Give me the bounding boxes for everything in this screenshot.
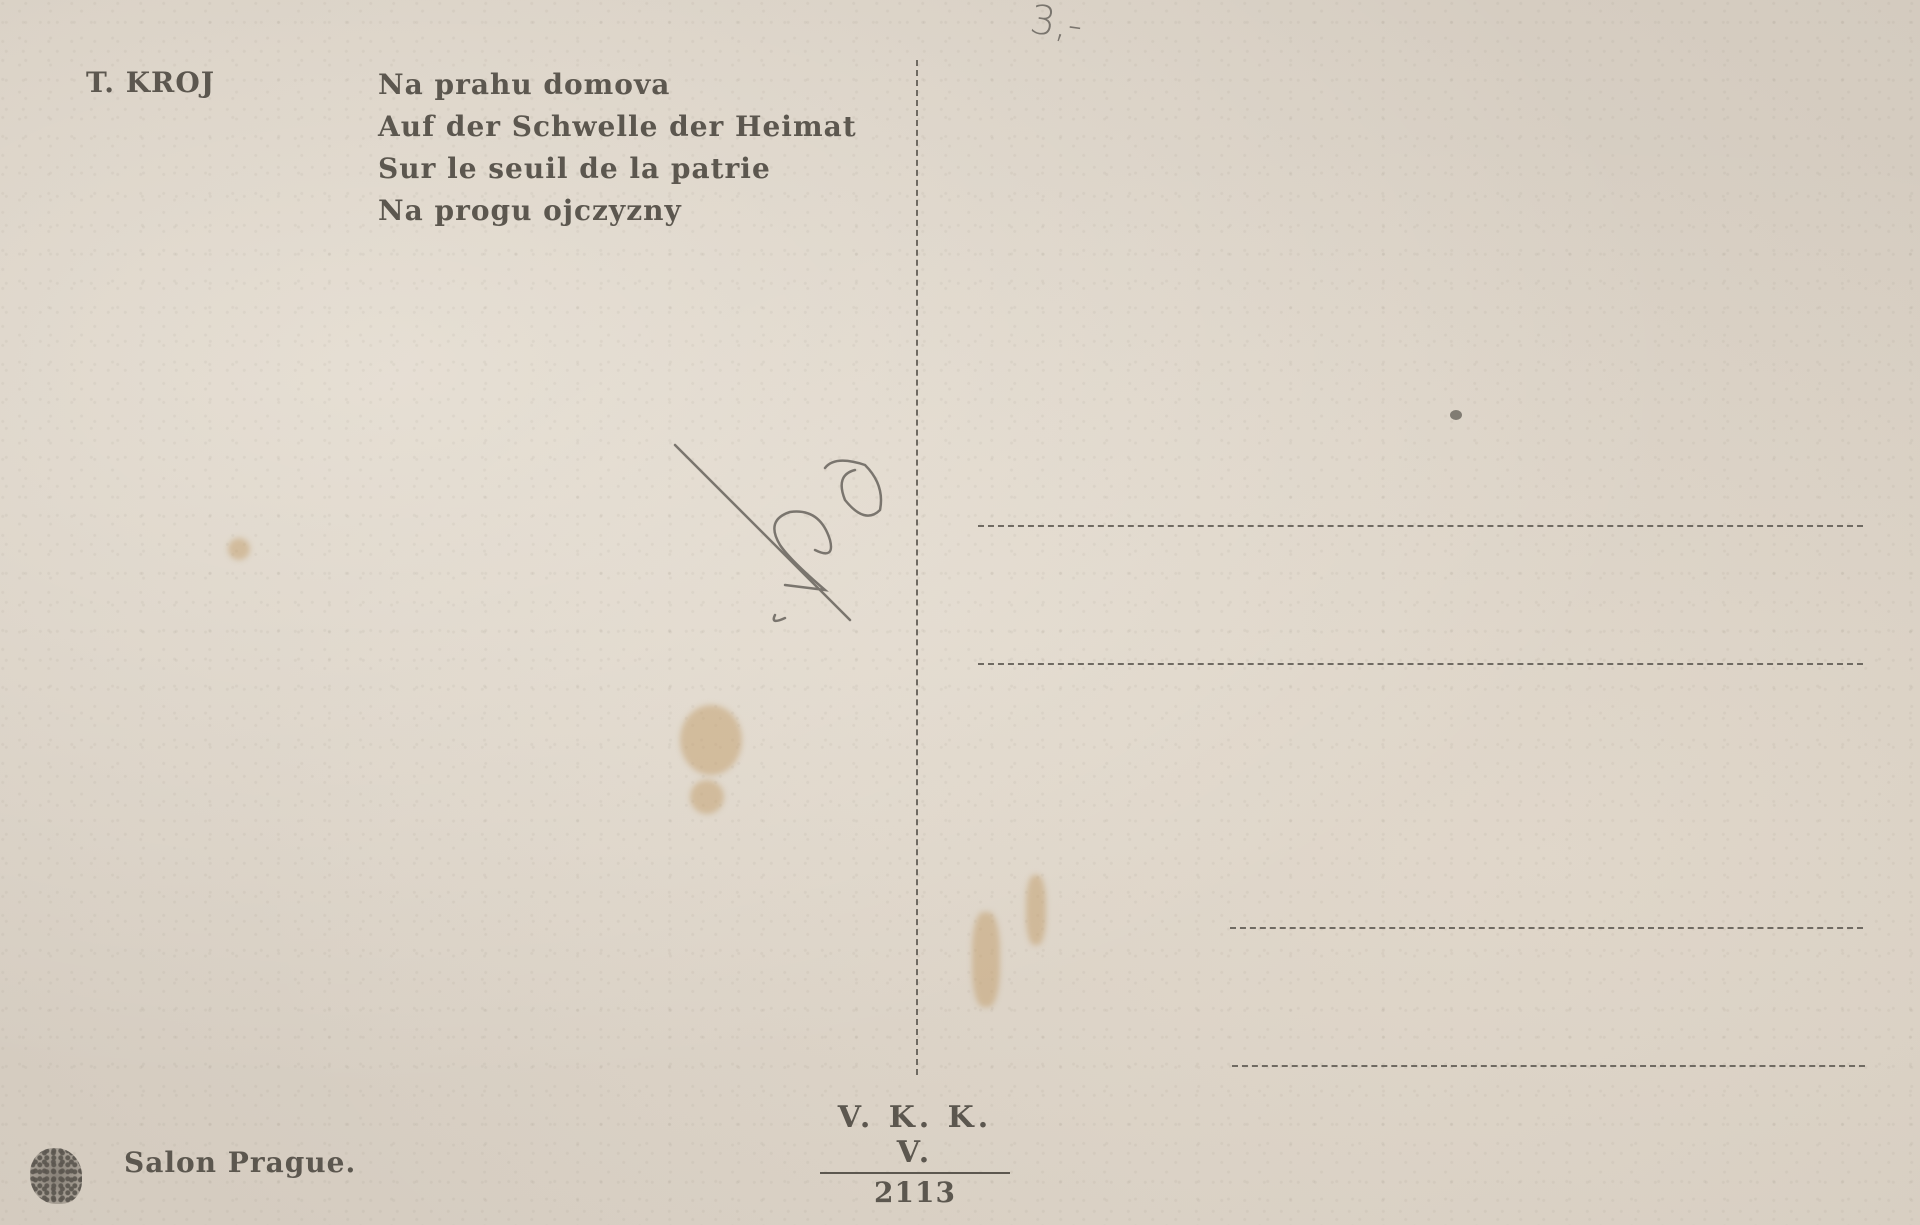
series-code: V. K. K. V. bbox=[820, 1100, 1010, 1174]
stain bbox=[228, 538, 250, 560]
title-block: Na prahu domova Auf der Schwelle der Hei… bbox=[378, 64, 857, 232]
stain bbox=[1026, 875, 1046, 945]
publisher-name: Salon Prague. bbox=[124, 1146, 356, 1179]
address-line-4 bbox=[1232, 1065, 1865, 1067]
address-line-1 bbox=[978, 525, 1863, 527]
series-block: V. K. K. V. 2113 bbox=[820, 1100, 1010, 1209]
pencil-signature-icon bbox=[670, 440, 900, 630]
address-line-3 bbox=[1230, 927, 1863, 929]
stain bbox=[680, 705, 742, 775]
address-line-2 bbox=[978, 663, 1863, 665]
title-french: Sur le seuil de la patrie bbox=[378, 148, 857, 190]
center-divider bbox=[916, 60, 918, 1075]
dot bbox=[1450, 410, 1462, 420]
title-polish: Na progu ojczyzny bbox=[378, 190, 857, 232]
artist-name: T. KROJ bbox=[86, 66, 215, 99]
postcard-back: T. KROJ Na prahu domova Auf der Schwelle… bbox=[0, 0, 1920, 1225]
pencil-price: 3,- bbox=[1027, 0, 1085, 49]
title-czech: Na prahu domova bbox=[378, 64, 857, 106]
stain bbox=[690, 780, 724, 814]
title-german: Auf der Schwelle der Heimat bbox=[378, 106, 857, 148]
stain bbox=[972, 912, 1000, 1007]
paper-texture bbox=[0, 0, 1920, 1225]
series-number: 2113 bbox=[820, 1176, 1010, 1209]
tree-logo-icon bbox=[30, 1148, 82, 1204]
